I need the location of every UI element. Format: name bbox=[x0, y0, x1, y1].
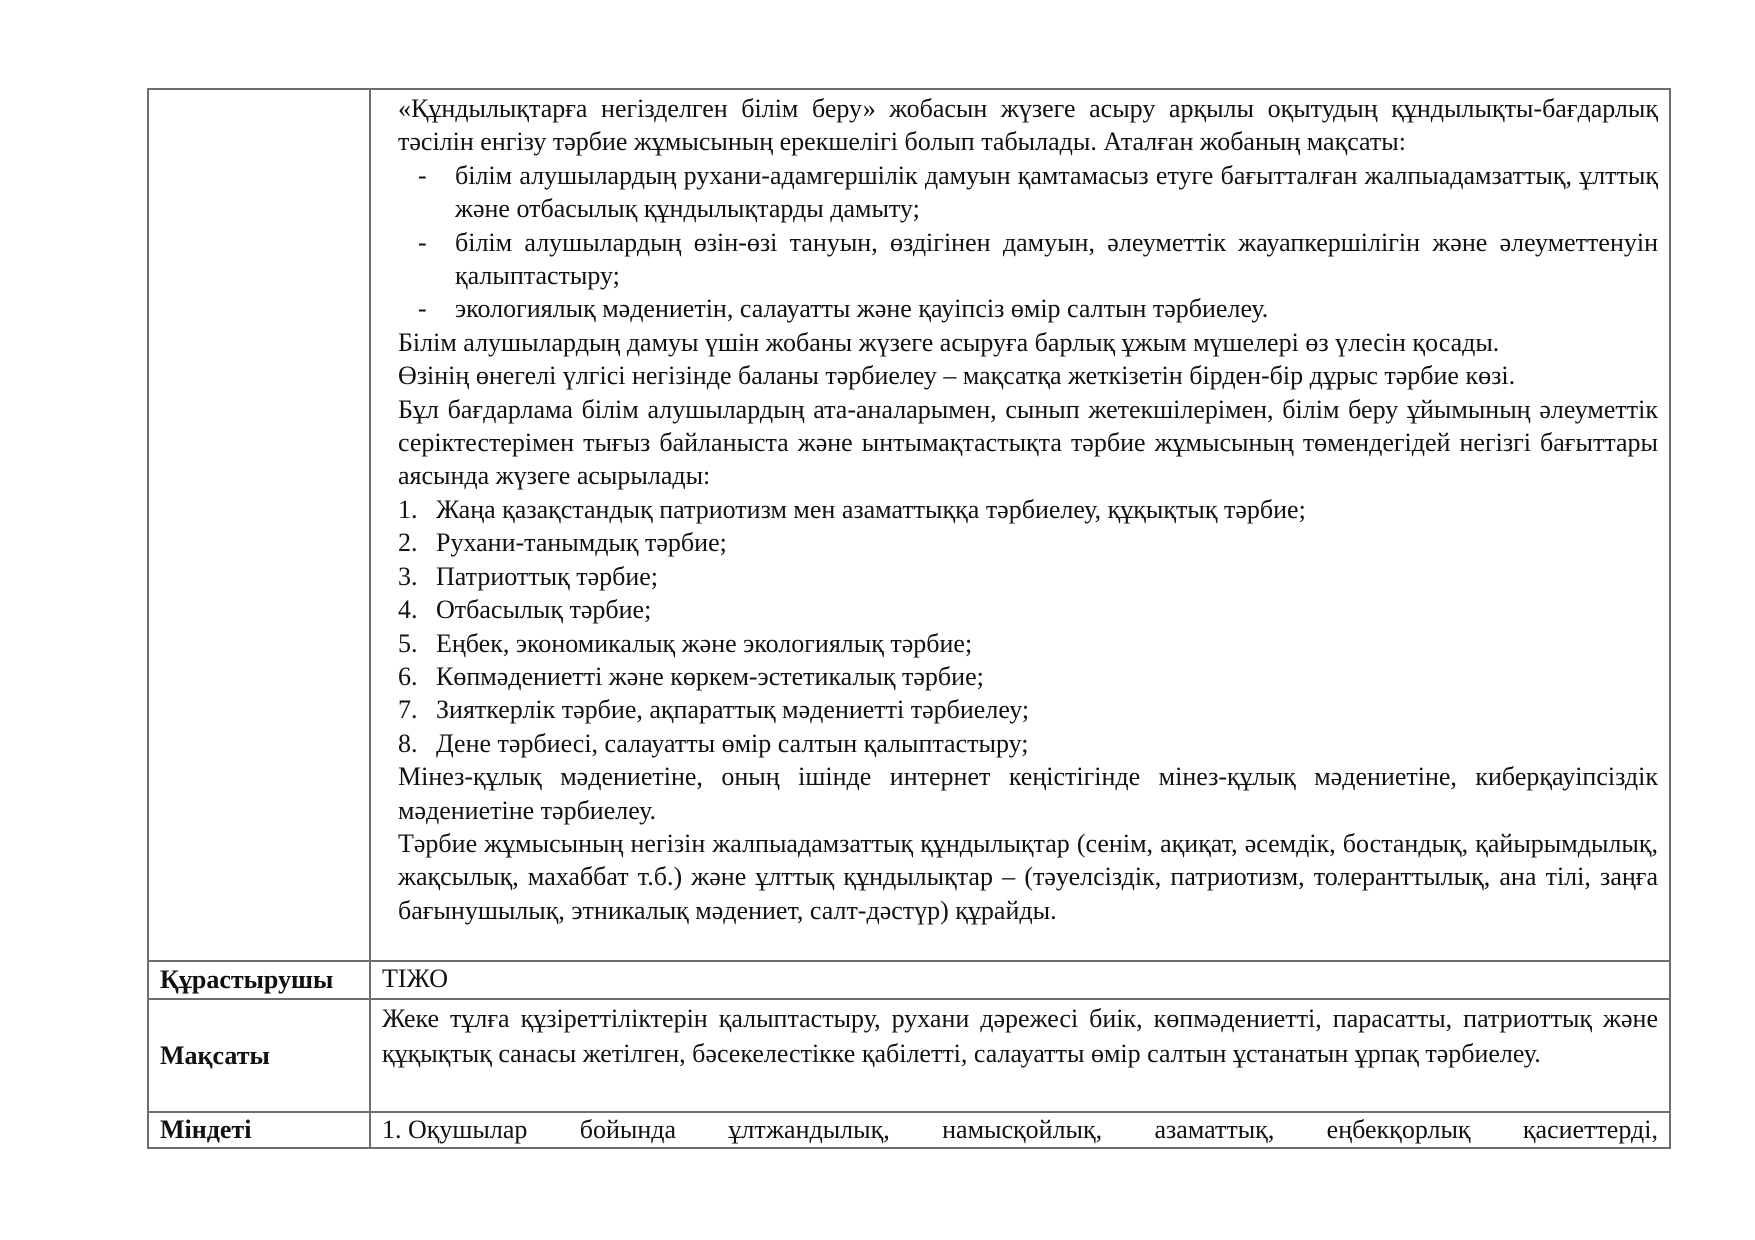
bullet-dash: - bbox=[418, 292, 427, 325]
task-word: намысқойлық, bbox=[942, 1113, 1102, 1146]
list-item: 7.Зияткерлік тәрбие, ақпараттық мәдениет… bbox=[398, 693, 1658, 726]
collective-contribution-paragraph: Білім алушылардың дамуы үшін жобаны жүзе… bbox=[398, 326, 1658, 359]
task-label: Міндеті bbox=[148, 1112, 370, 1148]
list-item: 1.Жаңа қазақстандық патриотизм мен азама… bbox=[398, 493, 1658, 526]
task-word: азаматтық, bbox=[1155, 1113, 1275, 1146]
task-word: бойында bbox=[580, 1113, 676, 1146]
values-paragraph: Тәрбие жұмысының негізін жалпыадамзаттық… bbox=[398, 827, 1658, 927]
intro-label-cell bbox=[148, 89, 370, 961]
task-word: 1. Оқушылар bbox=[382, 1113, 527, 1146]
table-row-intro: «Құндылықтарға негізделген білім беру» ж… bbox=[148, 89, 1670, 961]
program-passport-table: «Құндылықтарға негізделген білім беру» ж… bbox=[147, 88, 1671, 1149]
list-item: 4.Отбасылық тәрбие; bbox=[398, 593, 1658, 626]
project-goals-list: -білім алушылардың рухани-адамгершілік д… bbox=[398, 159, 1658, 326]
goal-label: Мақсаты bbox=[148, 999, 370, 1112]
task-word: ұлтжандылық, bbox=[728, 1113, 889, 1146]
list-item: 5.Еңбек, экономикалық және экологиялық т… bbox=[398, 627, 1658, 660]
author-value: ТІЖО bbox=[370, 961, 1670, 999]
bullet-dash: - bbox=[418, 159, 427, 192]
table-row-goal: Мақсаты Жеке тұлға құзіреттіліктерін қал… bbox=[148, 999, 1670, 1112]
list-item: 6.Көпмәдениетті және көркем-эстетикалық … bbox=[398, 660, 1658, 693]
program-directions-intro: Бұл бағдарлама білім алушылардың ата-ана… bbox=[398, 393, 1658, 493]
task-word: қасиеттерді, bbox=[1523, 1113, 1658, 1146]
intro-body-cell: «Құндылықтарға негізделген білім беру» ж… bbox=[370, 89, 1670, 961]
task-first-line: 1. Оқушыларбойындаұлтжандылық,намысқойлы… bbox=[382, 1113, 1658, 1146]
table-row-author: Құрастырушы ТІЖО bbox=[148, 961, 1670, 999]
list-item: -экологиялық мәдениетін, салауатты және … bbox=[398, 292, 1658, 325]
goal-value: Жеке тұлға құзіреттіліктерін қалыптастыр… bbox=[370, 999, 1670, 1112]
list-item: 8.Дене тәрбиесі, салауатты өмір салтын қ… bbox=[398, 727, 1658, 760]
task-word: еңбекқорлық bbox=[1327, 1113, 1471, 1146]
list-item: 3.Патриоттық тәрбие; bbox=[398, 560, 1658, 593]
directions-list: 1.Жаңа қазақстандық патриотизм мен азама… bbox=[398, 493, 1658, 760]
author-label: Құрастырушы bbox=[148, 961, 370, 999]
list-item: -білім алушылардың өзін-өзі тануын, өзді… bbox=[398, 226, 1658, 293]
intro-paragraph: «Құндылықтарға негізделген білім беру» ж… bbox=[398, 92, 1658, 159]
role-model-paragraph: Өзінің өнегелі үлгісі негізінде баланы т… bbox=[398, 359, 1658, 392]
bullet-dash: - bbox=[418, 226, 427, 259]
task-value: 1. Оқушыларбойындаұлтжандылық,намысқойлы… bbox=[370, 1112, 1670, 1148]
list-item: -білім алушылардың рухани-адамгершілік д… bbox=[398, 159, 1658, 226]
table-row-task: Міндеті 1. Оқушыларбойындаұлтжандылық,на… bbox=[148, 1112, 1670, 1148]
list-item: 2.Рухани-танымдық тәрбие; bbox=[398, 526, 1658, 559]
behavior-culture-paragraph: Мінез-құлық мәдениетіне, оның ішінде инт… bbox=[398, 760, 1658, 827]
